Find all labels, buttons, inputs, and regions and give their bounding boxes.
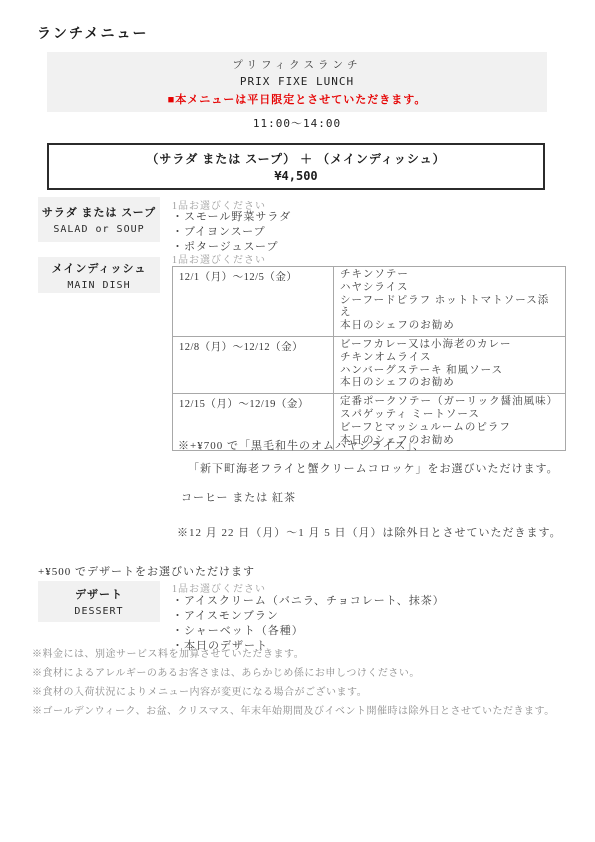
footnotes: ※料金には、別途サービス料を加算させていただきます。 ※食材によるアレルギーのあ…	[32, 650, 555, 726]
upgrade-note-line2: 「新下町海老フライと蟹クリームコロッケ」をお選びいただけます。	[188, 460, 559, 476]
list-item: ・スモール野菜サラダ	[172, 210, 291, 225]
dish-item: ハンバーグステーキ 和風ソース	[340, 365, 559, 378]
dessert-label-en: DESSERT	[74, 606, 123, 617]
salad-option-list: ・スモール野菜サラダ ・ブイヨンスープ ・ポタージュスープ	[172, 210, 291, 255]
week-dishes: ビーフカレー又は小海老のカレー チキンオムライス ハンバーグステーキ 和風ソース…	[334, 336, 566, 393]
main-choose-instruction: 1品お選びください	[172, 251, 266, 266]
main-label-en: MAIN DISH	[67, 280, 130, 291]
footnote: ※食材の入荷状況によりメニュー内容が変更になる場合がございます。	[32, 688, 555, 698]
service-hours: 11:00～14:00	[47, 115, 547, 131]
dessert-label-jp: デザート	[75, 586, 123, 602]
table-row: 12/1（月）～12/5（金） チキンソテー ハヤシライス シーフードピラフ ホ…	[173, 267, 566, 337]
dish-item: スパゲッティ ミートソース	[340, 409, 559, 422]
drink-note: コーヒー または 紅茶	[181, 489, 296, 505]
dish-item: 本日のシェフのお勧め	[340, 320, 559, 333]
prix-fixe-header-panel: プリフィクスランチ PRIX FIXE LUNCH ■本メニューは平日限定とさせ…	[47, 52, 547, 112]
upgrade-note-line1: ※+¥700 で「黒毛和牛のオムハヤシライス」、	[178, 437, 425, 453]
footnote: ※料金には、別途サービス料を加算させていただきます。	[32, 650, 555, 660]
dessert-intro: +¥500 でデザートをお選びいただけます	[38, 563, 255, 579]
header-subtitle-jp: プリフィクスランチ	[232, 57, 361, 72]
dish-item: チキンオムライス	[340, 352, 559, 365]
exclusion-dates-note: ※12 月 22 日（月）～1 月 5 日（月）は除外日とさせていただきます。	[177, 524, 562, 540]
salad-label-jp: サラダ または スープ	[42, 204, 156, 220]
dish-item: 定番ポークソテー（ガーリック醤油風味）	[340, 396, 559, 409]
dish-item: シーフードピラフ ホットトマトソース添え	[340, 295, 559, 321]
dessert-section-label: デザート DESSERT	[38, 581, 160, 622]
combo-description: （サラダ または スープ） ＋ （メインディッシュ）	[146, 150, 445, 167]
main-dish-schedule-table: 12/1（月）～12/5（金） チキンソテー ハヤシライス シーフードピラフ ホ…	[172, 266, 566, 451]
dish-item: ビーフとマッシュルームのピラフ	[340, 422, 559, 435]
dish-item: チキンソテー	[340, 269, 559, 282]
dish-item: ハヤシライス	[340, 282, 559, 295]
footnote: ※食材によるアレルギーのあるお客さまは、あらかじめ係にお申しつけください。	[32, 669, 555, 679]
list-item: ・アイスモンブラン	[172, 609, 445, 624]
footnote: ※ゴールデンウィーク、お盆、クリスマス、年末年始期間及びイベント開催時は除外日と…	[32, 707, 555, 717]
price-amount: ¥4,500	[274, 169, 317, 183]
list-item: ・アイスクリーム（バニラ、チョコレート、抹茶）	[172, 594, 445, 609]
main-label-jp: メインディッシュ	[52, 260, 147, 276]
table-row: 12/8（月）～12/12（金） ビーフカレー又は小海老のカレー チキンオムライ…	[173, 336, 566, 393]
dish-item: 本日のシェフのお勧め	[340, 377, 559, 390]
week-date: 12/8（月）～12/12（金）	[173, 336, 334, 393]
list-item: ・シャーベット（各種）	[172, 624, 445, 639]
salad-section-label: サラダ または スープ SALAD or SOUP	[38, 197, 160, 242]
week-dishes: チキンソテー ハヤシライス シーフードピラフ ホットトマトソース添え 本日のシェ…	[334, 267, 566, 337]
lunch-menu-document: ランチメニュー プリフィクスランチ PRIX FIXE LUNCH ■本メニュー…	[0, 0, 595, 842]
dessert-choose-instruction: 1品お選びください	[172, 580, 266, 595]
dish-item: ビーフカレー又は小海老のカレー	[340, 339, 559, 352]
week-date: 12/1（月）～12/5（金）	[173, 267, 334, 337]
header-subtitle-en: PRIX FIXE LUNCH	[240, 75, 354, 88]
list-item: ・ブイヨンスープ	[172, 225, 291, 240]
weekday-only-notice: ■本メニューは平日限定とさせていただきます。	[168, 91, 427, 107]
salad-label-en: SALAD or SOUP	[53, 224, 144, 235]
page-title: ランチメニュー	[37, 23, 148, 43]
price-box: （サラダ または スープ） ＋ （メインディッシュ） ¥4,500	[47, 143, 545, 190]
main-dish-section-label: メインディッシュ MAIN DISH	[38, 257, 160, 293]
dessert-option-list: ・アイスクリーム（バニラ、チョコレート、抹茶） ・アイスモンブラン ・シャーベッ…	[172, 594, 445, 654]
